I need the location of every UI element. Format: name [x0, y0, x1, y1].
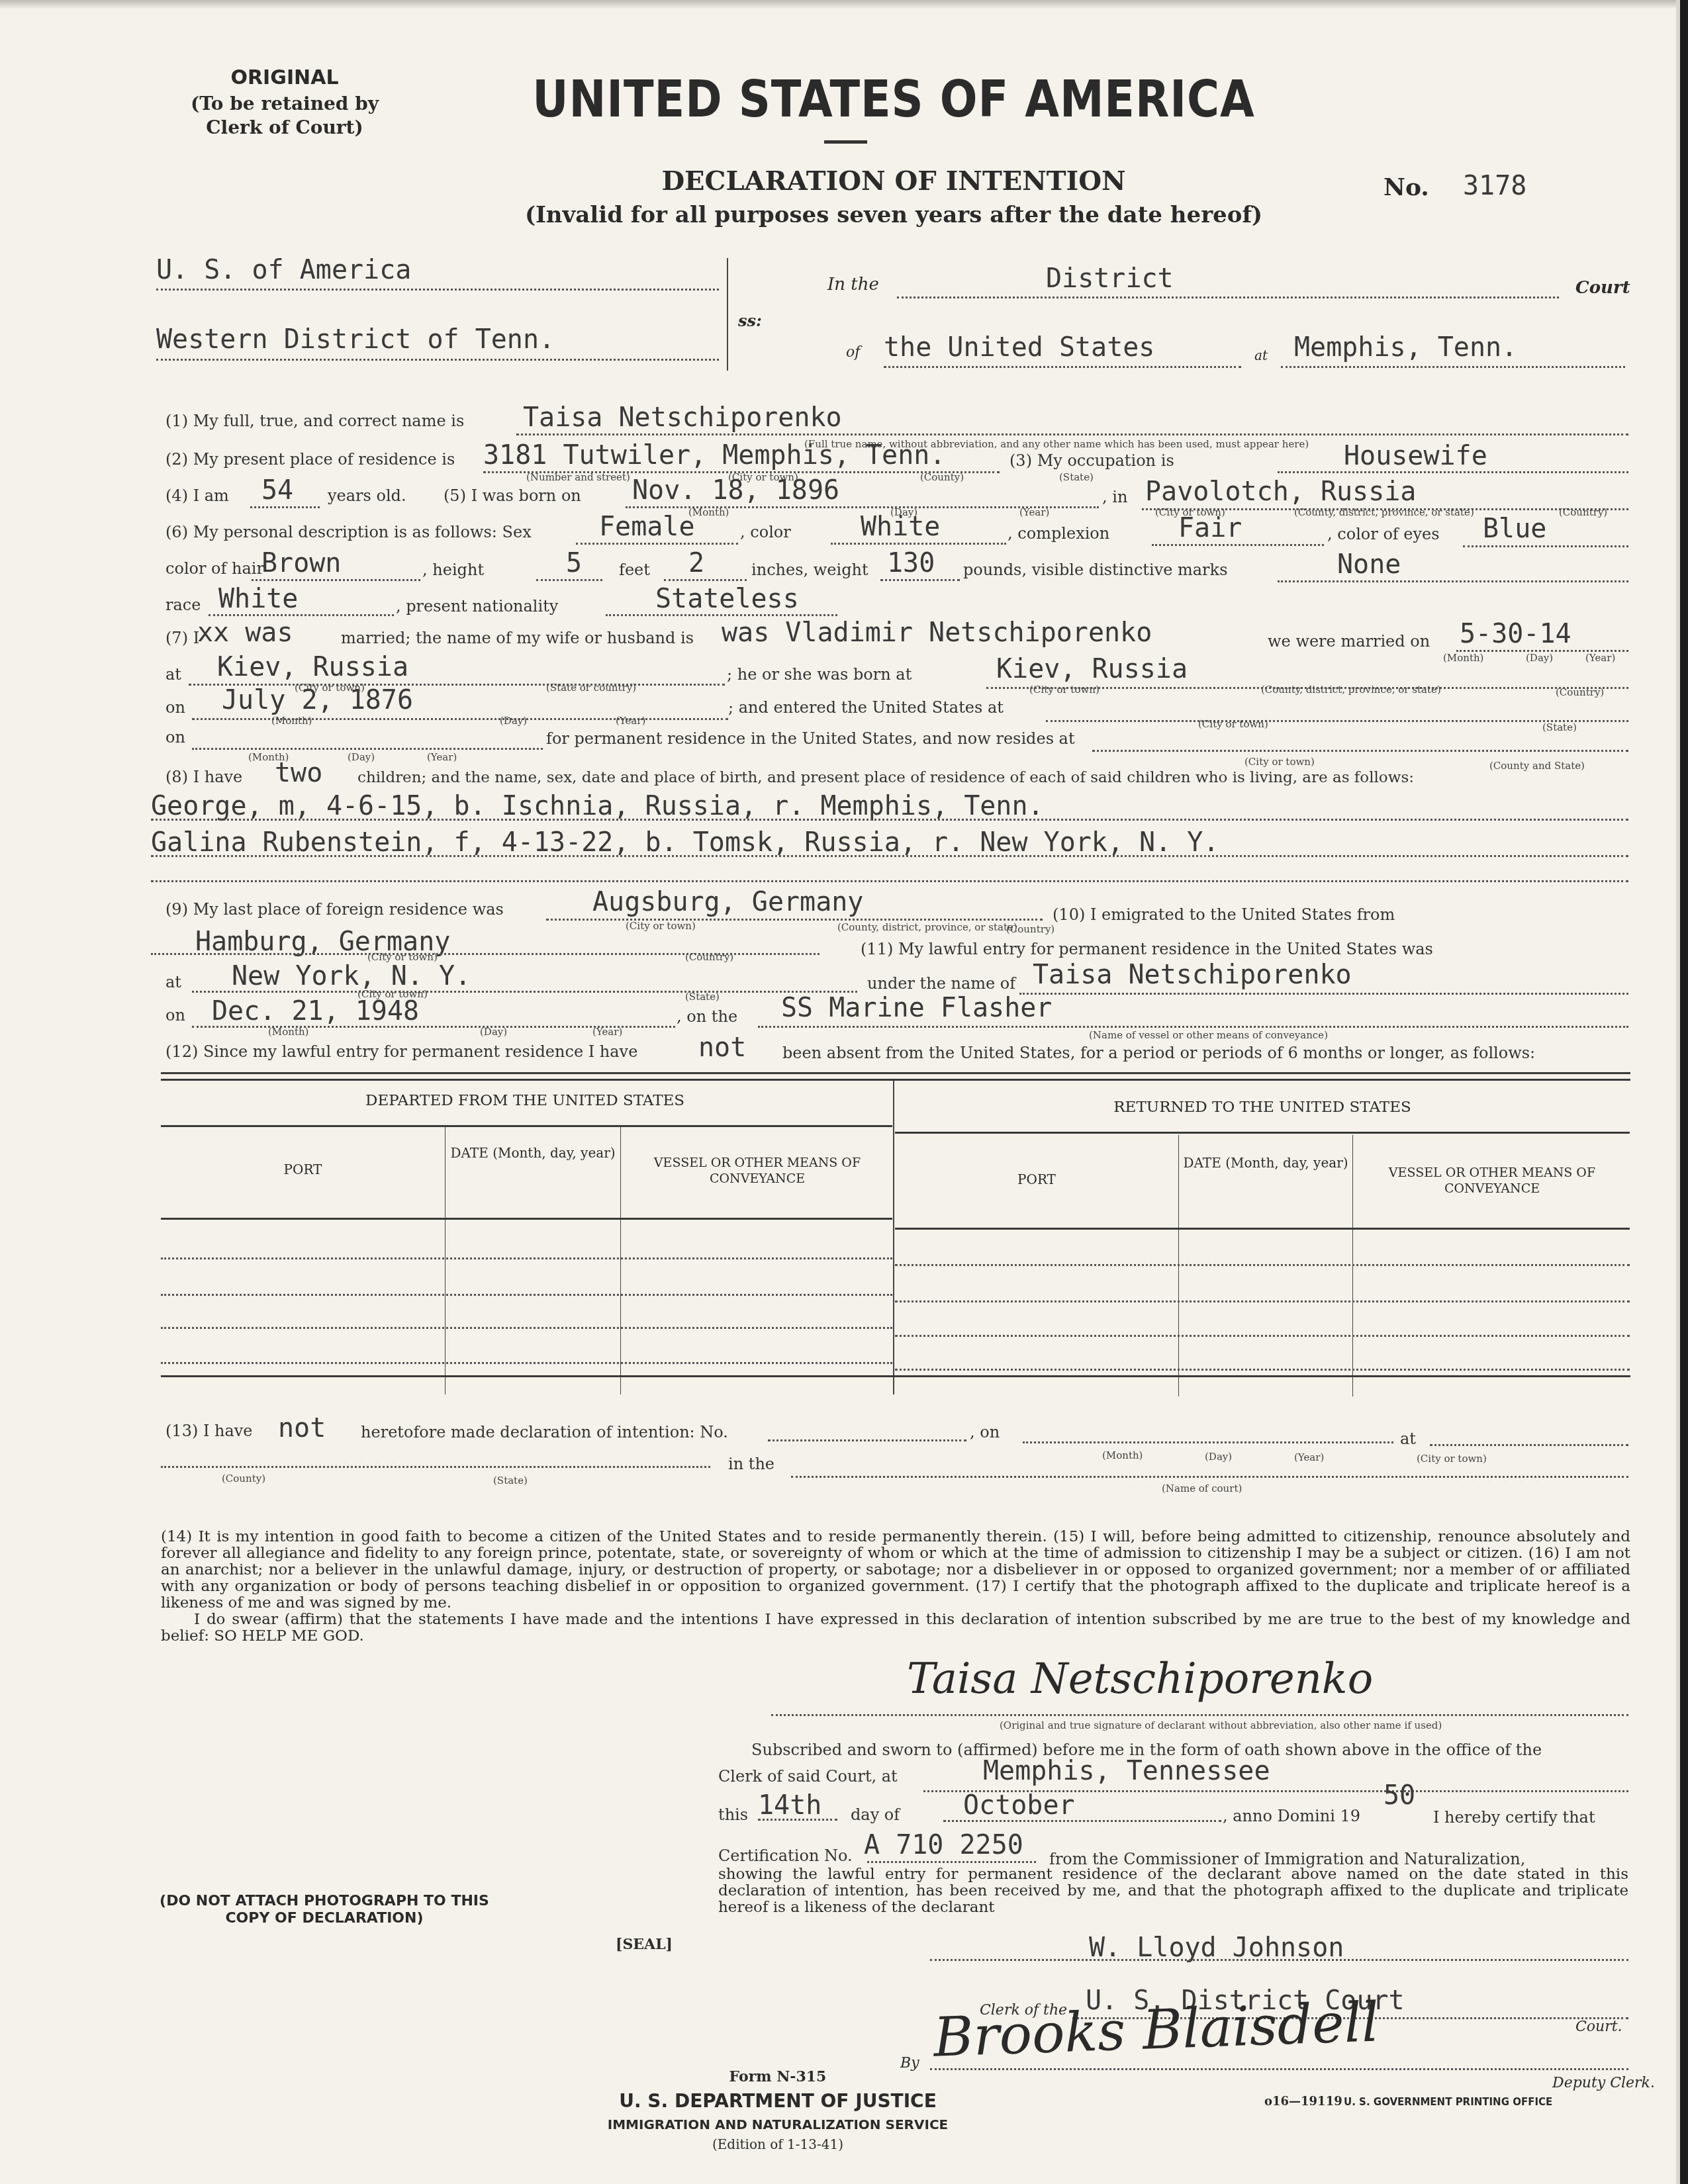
prior-declaration-county-state[interactable] [161, 1466, 710, 1468]
now-resides-field[interactable] [1092, 750, 1628, 752]
q8-label: (8) I have [165, 768, 242, 786]
deputy-label: Deputy Clerk. [1552, 2075, 1655, 2091]
anno-label: , anno Domini 19 [1223, 1807, 1360, 1825]
distinctive-marks[interactable]: None [1337, 549, 1401, 580]
q12-text: been absent from the United States, for … [782, 1044, 1535, 1062]
departed-title: DEPARTED FROM THE UNITED STATES [161, 1092, 889, 1109]
original-note-2: Clerk of Court) [159, 116, 410, 138]
nationality-label: , present nationality [396, 597, 558, 615]
race-label: race [165, 596, 201, 614]
hint: (Country) [1556, 686, 1604, 698]
cert-text-2: showing the lawful entry for permanent r… [718, 1866, 1628, 1916]
number-label: No. [1383, 173, 1429, 201]
entry-at-label: at [165, 973, 181, 991]
hint: (County and State) [1489, 760, 1585, 772]
hint: (Year) [1585, 652, 1615, 664]
hint: (Name of court) [1162, 1482, 1242, 1494]
complexion-label: , complexion [1008, 524, 1109, 543]
scan-border [1680, 0, 1688, 2184]
in-the-label: In the [827, 275, 879, 295]
court-of[interactable]: the United States [884, 332, 1154, 363]
certify-label: I hereby certify that [1433, 1808, 1595, 1827]
nationality[interactable]: Stateless [655, 584, 799, 614]
title-rule [824, 140, 867, 144]
document-subtitle: DECLARATION OF INTENTION [530, 165, 1258, 197]
clerk-at-label: Clerk of said Court, at [718, 1767, 898, 1786]
certification-number[interactable]: A 710 2250 [864, 1830, 1023, 1860]
q8-text: children; and the name, sex, date and pl… [357, 769, 1414, 786]
col-vessel-departed: VESSEL OR OTHER MEANS OF CONVEYANCE [622, 1155, 892, 1187]
hint: (Day) [1205, 1451, 1232, 1463]
children-count[interactable]: two [275, 758, 322, 788]
prior-declaration-city[interactable] [1430, 1444, 1628, 1446]
q7-married: married; the name of my wife or husband … [341, 629, 694, 647]
weight[interactable]: 130 [887, 548, 935, 578]
q13-in-the: in the [728, 1455, 774, 1473]
on-label-2: on [165, 728, 185, 747]
height-inches[interactable]: 2 [688, 548, 704, 578]
returned-title: RETURNED TO THE UNITED STATES [895, 1099, 1630, 1116]
hint: (Year) [592, 1026, 622, 1038]
hint: (Name of vessel or other means of convey… [1089, 1029, 1328, 1041]
spouse-birthplace[interactable]: Kiev, Russia [996, 654, 1188, 684]
edition: (Edition of 1-13-41) [530, 2136, 1026, 2152]
court-type[interactable]: District [1046, 263, 1174, 294]
hint: (Country) [1559, 506, 1607, 518]
q7-label: (7) I [165, 629, 199, 647]
hint: (Month) [271, 715, 312, 727]
venue-district[interactable]: Western District of Tenn. [156, 324, 555, 355]
child-1[interactable]: George, m, 4-6-15, b. Ischnia, Russia, r… [151, 791, 1044, 821]
q1-label: (1) My full, true, and correct name is [165, 412, 464, 430]
hint: (Day) [1526, 652, 1553, 664]
hint: (Year) [1294, 1451, 1324, 1463]
prior-declaration-status[interactable]: not [278, 1413, 326, 1443]
eyes-label: , color of eyes [1327, 525, 1440, 543]
hint: (Number and street) [526, 471, 630, 483]
absent-status[interactable]: not [698, 1032, 746, 1063]
race[interactable]: White [218, 584, 298, 614]
prior-declaration-date[interactable] [1023, 1441, 1393, 1443]
entry-name-label: under the name of [867, 974, 1015, 993]
at-label: at [1254, 347, 1268, 363]
table-bottom-rule [161, 1375, 1630, 1377]
occupation[interactable]: Housewife [1344, 441, 1487, 471]
hint: (State) [685, 991, 720, 1003]
sworn-day[interactable]: 14th [758, 1790, 821, 1821]
original-note-1: (To be retained by [159, 93, 410, 114]
q13-text: heretofore made declaration of intention… [361, 1423, 728, 1441]
cert-label: Certification No. [718, 1846, 853, 1865]
q6-label: (6) My personal description is as follow… [165, 523, 532, 541]
hint: (State) [1059, 471, 1094, 483]
this-label: this [718, 1805, 748, 1824]
permanent-label: for permanent residence in the United St… [546, 729, 1075, 748]
hint: (State) [493, 1475, 528, 1486]
q5-label: (5) I was born on [444, 486, 581, 505]
color-label: , color [740, 523, 791, 541]
height-feet[interactable]: 5 [566, 548, 582, 578]
vessel-name[interactable]: SS Marine Flasher [781, 993, 1052, 1023]
table-top-rule [161, 1072, 1630, 1074]
hint: (Day) [480, 1026, 507, 1038]
hint: (Month) [268, 1026, 308, 1038]
hint: (County, district, province, or state) [1294, 506, 1474, 518]
color[interactable]: White [861, 512, 940, 542]
full-name[interactable]: Taisa Netschiporenko [523, 402, 842, 433]
oath-text: (14) It is my intention in good faith to… [161, 1529, 1630, 1612]
oath-swear: I do swear (affirm) that the statements … [161, 1612, 1630, 1645]
q13-on: , on [970, 1423, 1000, 1441]
q10-label: (10) I emigrated to the United States fr… [1053, 905, 1395, 924]
hint: (County, district, province, or state) [1261, 684, 1441, 696]
declaration-number[interactable]: 3178 [1463, 171, 1526, 201]
page-top-shadow [0, 0, 1688, 9]
sworn-year[interactable]: 50 [1383, 1780, 1415, 1811]
last-foreign-residence[interactable]: Augsburg, Germany [592, 887, 863, 917]
q5-in: , in [1102, 488, 1127, 506]
q9-label: (9) My last place of foreign residence w… [165, 900, 504, 919]
hint: (County, district, province, or state) [837, 921, 1017, 933]
sex[interactable]: Female [599, 512, 695, 542]
hint: (Month) [1443, 652, 1483, 664]
hint: (Day) [348, 751, 375, 763]
birth-place[interactable]: Pavolotch, Russia [1145, 477, 1416, 507]
court-suffix: Court. [1575, 2019, 1622, 2035]
marriage-place[interactable]: Kiev, Russia [217, 652, 408, 682]
prior-declaration-number[interactable] [768, 1439, 966, 1441]
spouse-birthdate[interactable]: July 2, 1876 [222, 685, 413, 715]
married-on-label: we were married on [1268, 632, 1430, 651]
entry-name[interactable]: Taisa Netschiporenko [1033, 960, 1352, 990]
entered-port-field[interactable] [1046, 720, 1628, 722]
service: IMMIGRATION AND NATURALIZATION SERVICE [530, 2116, 1026, 2132]
q12-label: (12) Since my lawful entry for permanent… [165, 1042, 637, 1061]
hint: (Month) [1102, 1449, 1143, 1461]
venue-bracket [727, 258, 728, 371]
residence[interactable]: 3181 Tutwiler, Memphis, Tenn. [483, 440, 945, 471]
col-port-departed: PORT [161, 1161, 445, 1177]
feet-label: feet [619, 561, 650, 579]
col-vessel-returned: VESSEL OR OTHER MEANS OF CONVEYANCE [1354, 1165, 1630, 1197]
marital-status[interactable]: xx was [197, 617, 293, 648]
hair-color[interactable]: Brown [261, 548, 341, 578]
entered-label: ; and entered the United States at [728, 698, 1004, 717]
on-label: on [165, 698, 185, 717]
inches-label: inches, weight [751, 561, 868, 579]
hint: (County) [222, 1473, 265, 1484]
vessel-label: , on the [677, 1007, 737, 1026]
hint: (Year) [1019, 506, 1049, 518]
q4-label: (4) I am [165, 486, 229, 505]
validity-note: (Invalid for all purposes seven years af… [463, 202, 1324, 228]
hint: (State) [1542, 721, 1577, 733]
hint: (State or country) [546, 682, 636, 694]
hint: (City or town) [1029, 684, 1100, 696]
eye-color[interactable]: Blue [1483, 514, 1546, 544]
sworn-location[interactable]: Memphis, Tennessee [983, 1756, 1270, 1786]
hint: (City or town) [1244, 756, 1315, 768]
entry-port[interactable]: New York, N. Y. [232, 961, 471, 991]
court-label: Court [1575, 278, 1630, 298]
col-port-returned: PORT [895, 1171, 1178, 1187]
hint: (Country) [685, 951, 733, 963]
birth-date[interactable]: Nov. 18, 1896 [632, 475, 839, 506]
hint: (Country) [1006, 923, 1055, 935]
q13-label: (13) I have [165, 1422, 253, 1440]
child-2[interactable]: Galina Rubenstein, f, 4-13-22, b. Tomsk,… [151, 827, 1219, 858]
court-location[interactable]: Memphis, Tenn. [1294, 332, 1517, 363]
height-label: , height [422, 561, 484, 579]
form-number: Form N-315 [530, 2068, 1026, 2085]
sworn-month[interactable]: October [963, 1790, 1075, 1821]
entry-date[interactable]: Dec. 21, 1948 [212, 996, 419, 1026]
day-of-label: day of [851, 1805, 900, 1824]
hint: (City or town) [1417, 1453, 1487, 1465]
prior-declaration-court[interactable] [791, 1476, 1628, 1478]
hair-label: color of hair [165, 559, 264, 578]
of-label: of [846, 344, 860, 361]
complexion[interactable]: Fair [1178, 513, 1242, 543]
declarant-signature[interactable]: Taisa Netschiporenko [907, 1655, 1373, 1704]
q2-label: (2) My present place of residence is [165, 450, 455, 469]
seal-label: [SEAL] [616, 1936, 673, 1953]
age[interactable]: 54 [261, 475, 293, 506]
hint: (Year) [427, 751, 457, 763]
marks-label: pounds, visible distinctive marks [963, 561, 1227, 579]
spouse-name[interactable]: was Vladimir Netschiporenko [722, 617, 1152, 648]
entered-date-field[interactable] [192, 748, 543, 750]
col-date-returned: DATE (Month, day, year) [1180, 1155, 1351, 1171]
hint: (Year) [616, 715, 645, 727]
ss-label: ss: [738, 311, 762, 330]
print-code: o16—19119 [1264, 2095, 1342, 2109]
q3-label: (3) My occupation is [1009, 451, 1174, 470]
document-title: UNITED STATES OF AMERICA [515, 69, 1272, 128]
q13-at: at [1400, 1430, 1416, 1448]
q4-suffix: years old. [328, 486, 406, 505]
hint: (City or town) [626, 920, 696, 932]
venue-state[interactable]: U. S. of America [156, 255, 411, 285]
spouse-born-label: ; he or she was born at [727, 665, 912, 684]
hint: (Day) [500, 715, 527, 727]
hint: (City or town) [1198, 718, 1268, 730]
entry-on-label: on [165, 1006, 185, 1024]
col-date-departed: DATE (Month, day, year) [447, 1145, 619, 1161]
child-3-field[interactable] [151, 880, 1628, 882]
department: U. S. DEPARTMENT OF JUSTICE [530, 2090, 1026, 2112]
q11-label: (11) My lawful entry for permanent resid… [861, 940, 1433, 958]
signature-hint: (Original and true signature of declaran… [1000, 1719, 1442, 1731]
at-label: at [165, 665, 181, 684]
marriage-date[interactable]: 5-30-14 [1460, 619, 1571, 649]
printer: U. S. GOVERNMENT PRINTING OFFICE [1344, 2096, 1552, 2108]
hint: (County) [920, 471, 964, 483]
original-label: ORIGINAL [199, 66, 371, 89]
table-divider [893, 1080, 894, 1394]
photo-note: (DO NOT ATTACH PHOTOGRAPH TO THIS COPY O… [159, 1893, 490, 1927]
